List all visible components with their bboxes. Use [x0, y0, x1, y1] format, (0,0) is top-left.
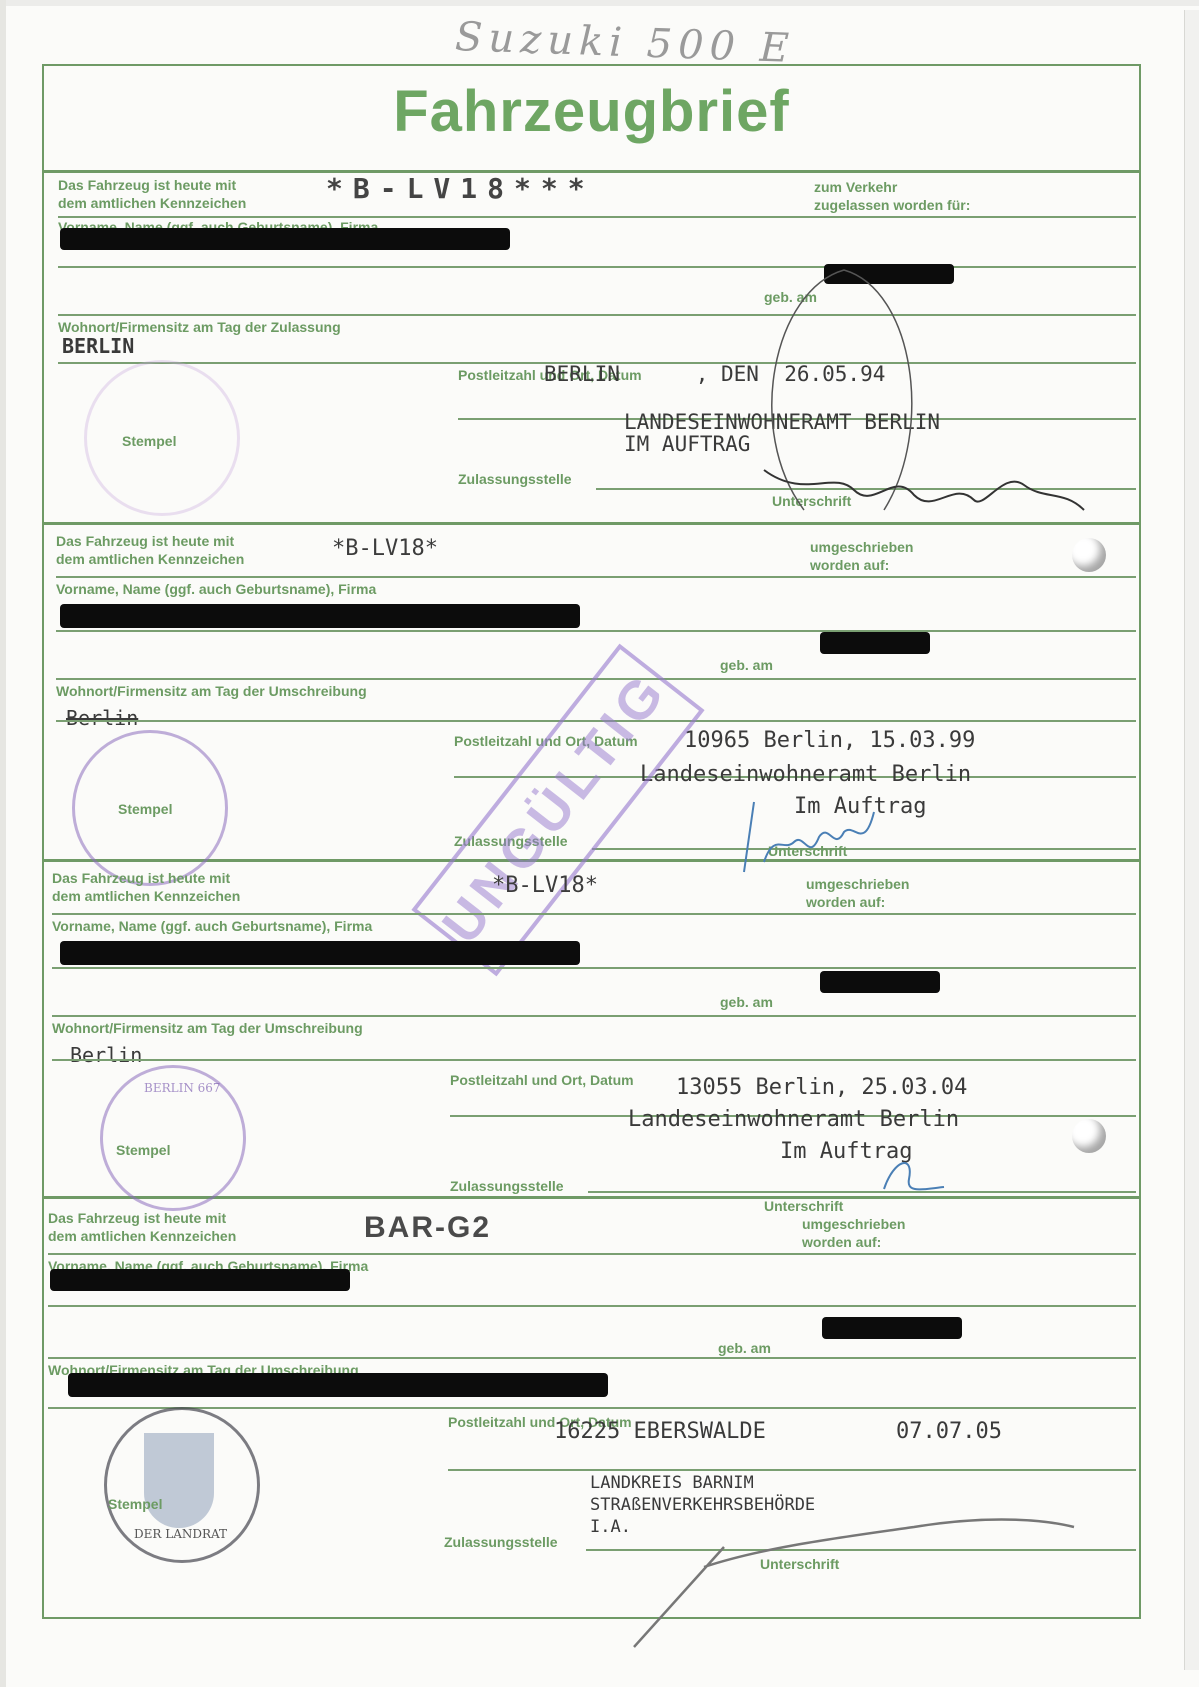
label-birth: geb. am [718, 1339, 771, 1357]
divider [48, 1357, 1136, 1359]
plate-number: *B-LV18* [332, 536, 438, 561]
punch-hole [1072, 538, 1106, 572]
divider [52, 1015, 1136, 1017]
label-stamp: Stempel [108, 1495, 162, 1513]
signature-line [588, 1191, 1136, 1193]
authority-value: Landeseinwohneramt Berlin [628, 1107, 959, 1132]
redacted-name [60, 604, 580, 628]
divider [52, 1059, 1136, 1061]
residence-value: Berlin [70, 1043, 142, 1067]
redacted-name [60, 941, 580, 965]
label-official-plate: dem amtlichen Kennzeichen [56, 550, 244, 568]
place-date-value: 13055 Berlin, 25.03.04 [676, 1075, 967, 1100]
label-residence: Wohnort/Firmensitz am Tag der Umschreibu… [52, 1019, 363, 1037]
divider [58, 266, 1136, 268]
label-birth: geb. am [720, 993, 773, 1011]
label-stamp: Stempel [122, 432, 176, 450]
coat-of-arms-icon [144, 1433, 214, 1528]
label-authority: Zulassungsstelle [444, 1533, 558, 1551]
document-title: Fahrzeugbrief [44, 78, 1139, 145]
punch-hole [1072, 1119, 1106, 1153]
label-registered-for: zugelassen worden für: [814, 196, 970, 214]
divider [448, 1469, 1136, 1471]
label-birth: geb. am [720, 656, 773, 674]
stamp-text: DER LANDRAT [134, 1527, 227, 1541]
label-vehicle-today: Das Fahrzeug ist heute mit [52, 869, 230, 887]
redacted-residence [68, 1373, 608, 1397]
divider [52, 913, 1136, 915]
date-value: 07.07.05 [896, 1419, 1002, 1444]
redacted-birthdate [822, 1317, 962, 1339]
signature-3 [874, 1149, 954, 1199]
page-edge [0, 0, 6, 1687]
label-postcode-date: Postleitzahl und Ort, Datum [450, 1071, 634, 1089]
plate-number: *B-LV18* [492, 873, 598, 898]
divider [48, 1253, 1136, 1255]
divider [56, 630, 1136, 632]
divider [52, 967, 1136, 969]
divider [56, 576, 1136, 578]
label-residence: Wohnort/Firmensitz am Tag der Umschreibu… [56, 682, 367, 700]
residence-value: BERLIN [62, 334, 134, 358]
transfer-section-4: Das Fahrzeug ist heute mit dem amtlichen… [44, 1197, 1139, 1617]
redacted-birthdate [820, 971, 940, 993]
page-edge [0, 0, 1199, 6]
label-official-plate: dem amtlichen Kennzeichen [58, 194, 246, 212]
vehicle-registration-form: Fahrzeugbrief Das Fahrzeug ist heute mit… [42, 64, 1141, 1619]
place-value: 16225 EBERSWALDE [554, 1419, 766, 1444]
label-stamp: Stempel [118, 800, 172, 818]
label-transferred: worden auf: [802, 1233, 881, 1251]
signature-1 [684, 270, 1104, 530]
label-vehicle-today: Das Fahrzeug ist heute mit [58, 176, 236, 194]
redacted-name [60, 228, 510, 250]
label-official-plate: dem amtlichen Kennzeichen [48, 1227, 236, 1245]
label-transferred: umgeschrieben [810, 538, 913, 556]
label-name-field: Vorname, Name (ggf. auch Geburtsname), F… [56, 580, 376, 598]
title-row: Fahrzeugbrief [44, 66, 1139, 173]
divider [48, 1305, 1136, 1307]
redacted-birthdate [820, 632, 930, 654]
label-vehicle-today: Das Fahrzeug ist heute mit [48, 1209, 226, 1227]
label-vehicle-today: Das Fahrzeug ist heute mit [56, 532, 234, 550]
redacted-name [50, 1269, 350, 1291]
label-name-field: Vorname, Name (ggf. auch Geburtsname), F… [52, 917, 372, 935]
divider [48, 1407, 1136, 1409]
plate-number: BAR-G2 [364, 1211, 491, 1245]
label-transferred: umgeschrieben [806, 875, 909, 893]
label-authority: Zulassungsstelle [458, 470, 572, 488]
transfer-section-3: Das Fahrzeug ist heute mit dem amtlichen… [44, 859, 1139, 1199]
residence-value: Berlin [66, 706, 138, 730]
label-transferred: worden auf: [810, 556, 889, 574]
label-stamp: Stempel [116, 1141, 170, 1159]
label-transferred: worden auf: [806, 893, 885, 911]
stamp-text: BERLIN 667 [144, 1081, 221, 1095]
label-registered-for: zum Verkehr [814, 178, 897, 196]
page-edge [1184, 10, 1199, 1670]
label-authority: Zulassungsstelle [450, 1177, 564, 1195]
authority-value: Landeseinwohneramt Berlin [640, 762, 971, 787]
plate-number: *B-LV18*** [326, 172, 595, 205]
label-transferred: umgeschrieben [802, 1215, 905, 1233]
registration-section-1: Das Fahrzeug ist heute mit dem amtlichen… [44, 170, 1139, 525]
place-date-value: 10965 Berlin, 15.03.99 [684, 728, 975, 753]
signature-4 [614, 1487, 1084, 1657]
label-official-plate: dem amtlichen Kennzeichen [52, 887, 240, 905]
